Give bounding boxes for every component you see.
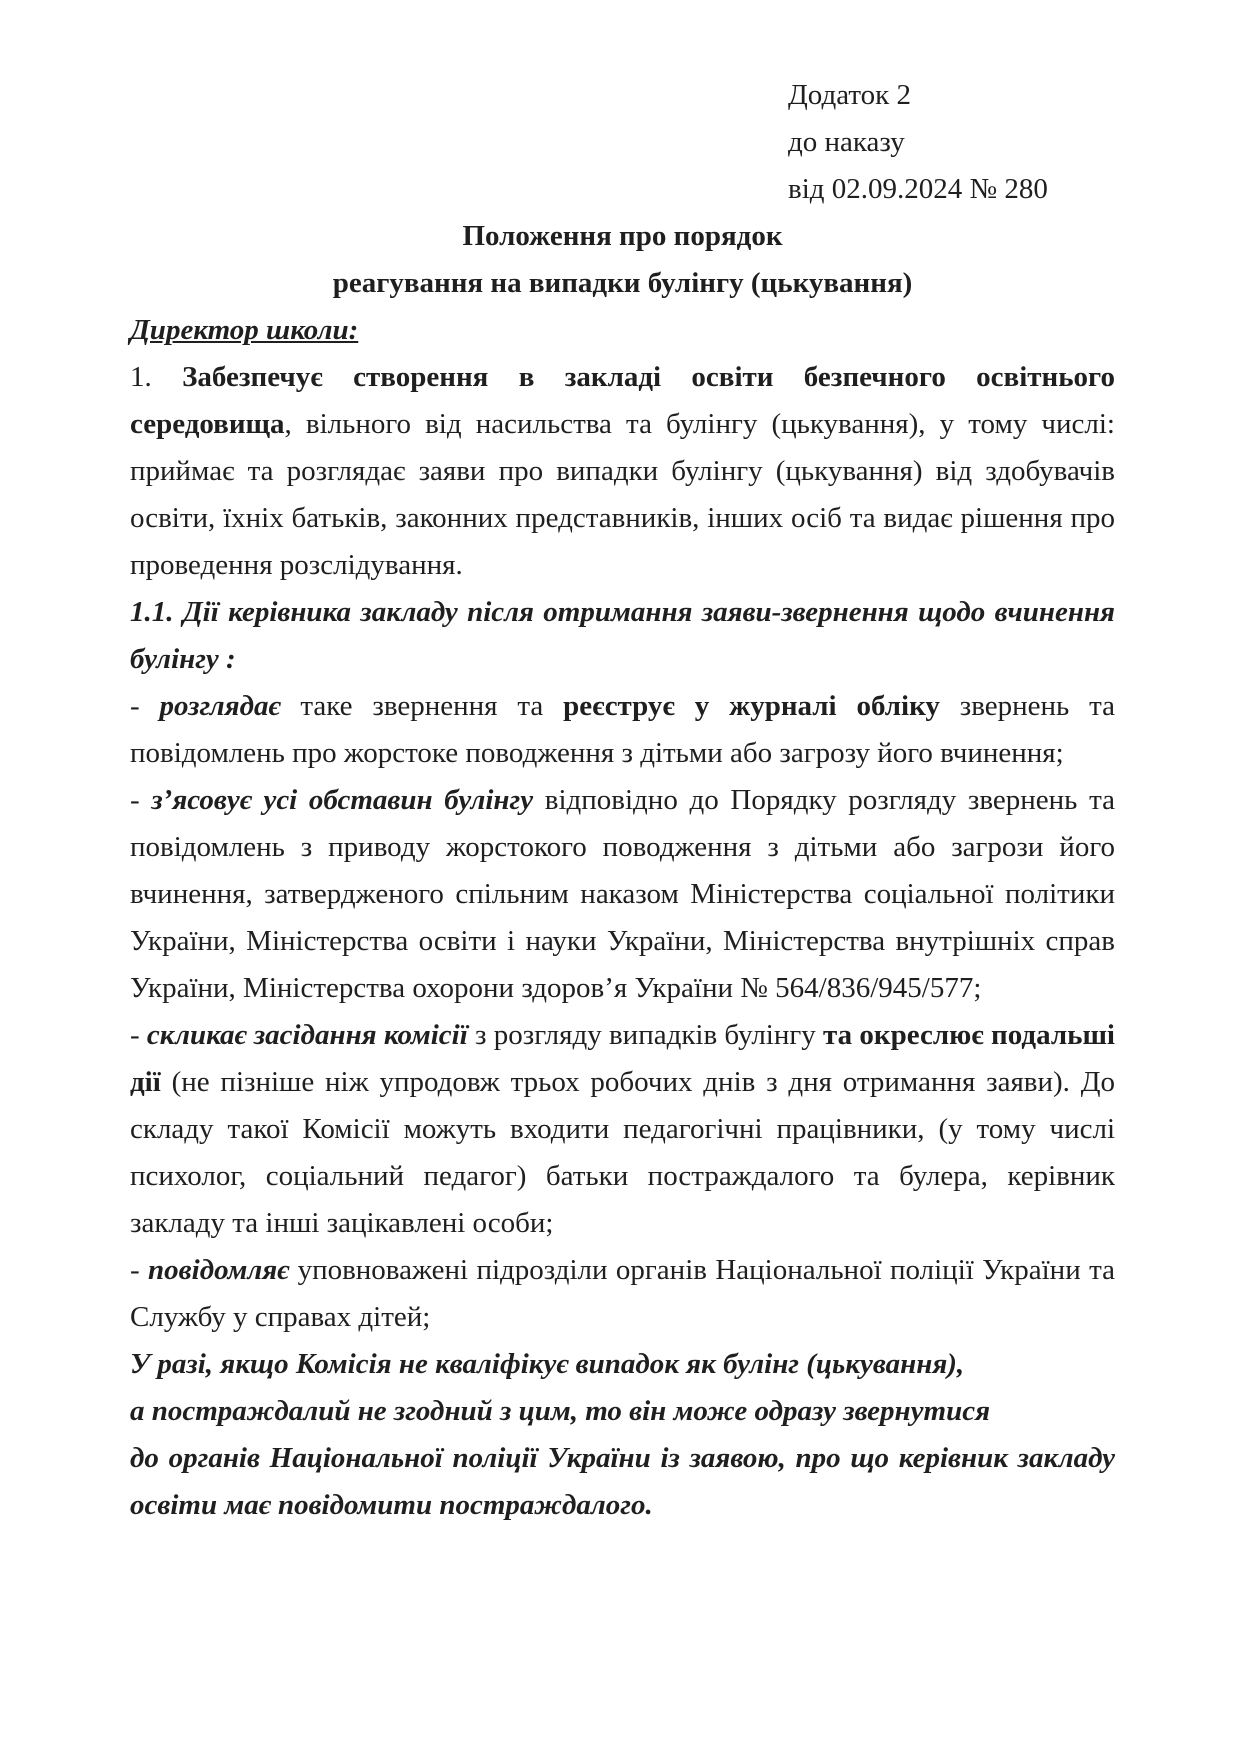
annex-block: Додаток 2 до наказу від 02.09.2024 № 280 — [788, 72, 1115, 213]
annex-line-3: від 02.09.2024 № 280 — [788, 166, 1115, 213]
text-run: а постраждалий не згодний з цим, то він … — [130, 1395, 990, 1427]
document-viewport: { "document": { "annex_block": { "lines"… — [0, 0, 1241, 1755]
final-note-rest: до органів Національної поліції України … — [130, 1435, 1115, 1529]
director-heading: Директор школи: — [130, 307, 1115, 354]
document-page: Додаток 2 до наказу від 02.09.2024 № 280… — [0, 0, 1241, 1755]
text-run: 1. — [130, 361, 182, 393]
text-run: Директор школи: — [130, 314, 358, 346]
final-note-line-1: У разі, якщо Комісія не кваліфікує випад… — [130, 1341, 1115, 1388]
bullet-sklykaie: - скликає засідання комісії з розгляду в… — [130, 1012, 1115, 1247]
text-run: У разі, якщо Комісія не кваліфікує випад… — [130, 1348, 964, 1380]
text-run: скликає засідання комісії — [147, 1019, 468, 1051]
text-run: з’ясовує усі обставин булінгу — [151, 784, 533, 816]
text-run: - — [130, 1019, 147, 1051]
text-run: - — [130, 690, 160, 722]
annex-line-1: Додаток 2 — [788, 72, 1115, 119]
text-run: 1.1. Дії керівника закладу після отриман… — [130, 596, 1115, 675]
document-title-line-2: реагування на випадки булінгу (цькування… — [130, 260, 1115, 307]
paragraph-1-1-heading: 1.1. Дії керівника закладу після отриман… — [130, 589, 1115, 683]
text-run: таке звернення та — [281, 690, 564, 722]
text-run: (не пізніше ніж упродовж трьох робочих д… — [130, 1066, 1115, 1239]
text-run: відповідно до Порядку розгляду звернень … — [130, 784, 1115, 1004]
text-run: - — [130, 784, 151, 816]
text-run: до органів Національної поліції України … — [130, 1442, 1115, 1521]
bullet-rozghliadaie: - розглядає таке звернення та реєструє у… — [130, 683, 1115, 777]
text-run: повідомляє — [148, 1254, 289, 1286]
final-note-line-2: а постраждалий не згодний з цим, то він … — [130, 1388, 1115, 1435]
text-run: розглядає — [160, 690, 281, 722]
text-run: - — [130, 1254, 148, 1286]
bullet-povidomliaie: - повідомляє уповноважені підрозділи орг… — [130, 1247, 1115, 1341]
document-body: Директор школи:1. Забезпечує створення в… — [130, 307, 1115, 1529]
text-run: реєструє у журналі обліку — [563, 690, 940, 722]
text-run: з розгляду випадків булінгу — [468, 1019, 823, 1051]
paragraph-1: 1. Забезпечує створення в закладі освіти… — [130, 354, 1115, 589]
document-title-line-1: Положення про порядок — [130, 213, 1115, 260]
annex-line-2: до наказу — [788, 119, 1115, 166]
bullet-ziasovuie: - з’ясовує усі обставин булінгу відповід… — [130, 777, 1115, 1012]
